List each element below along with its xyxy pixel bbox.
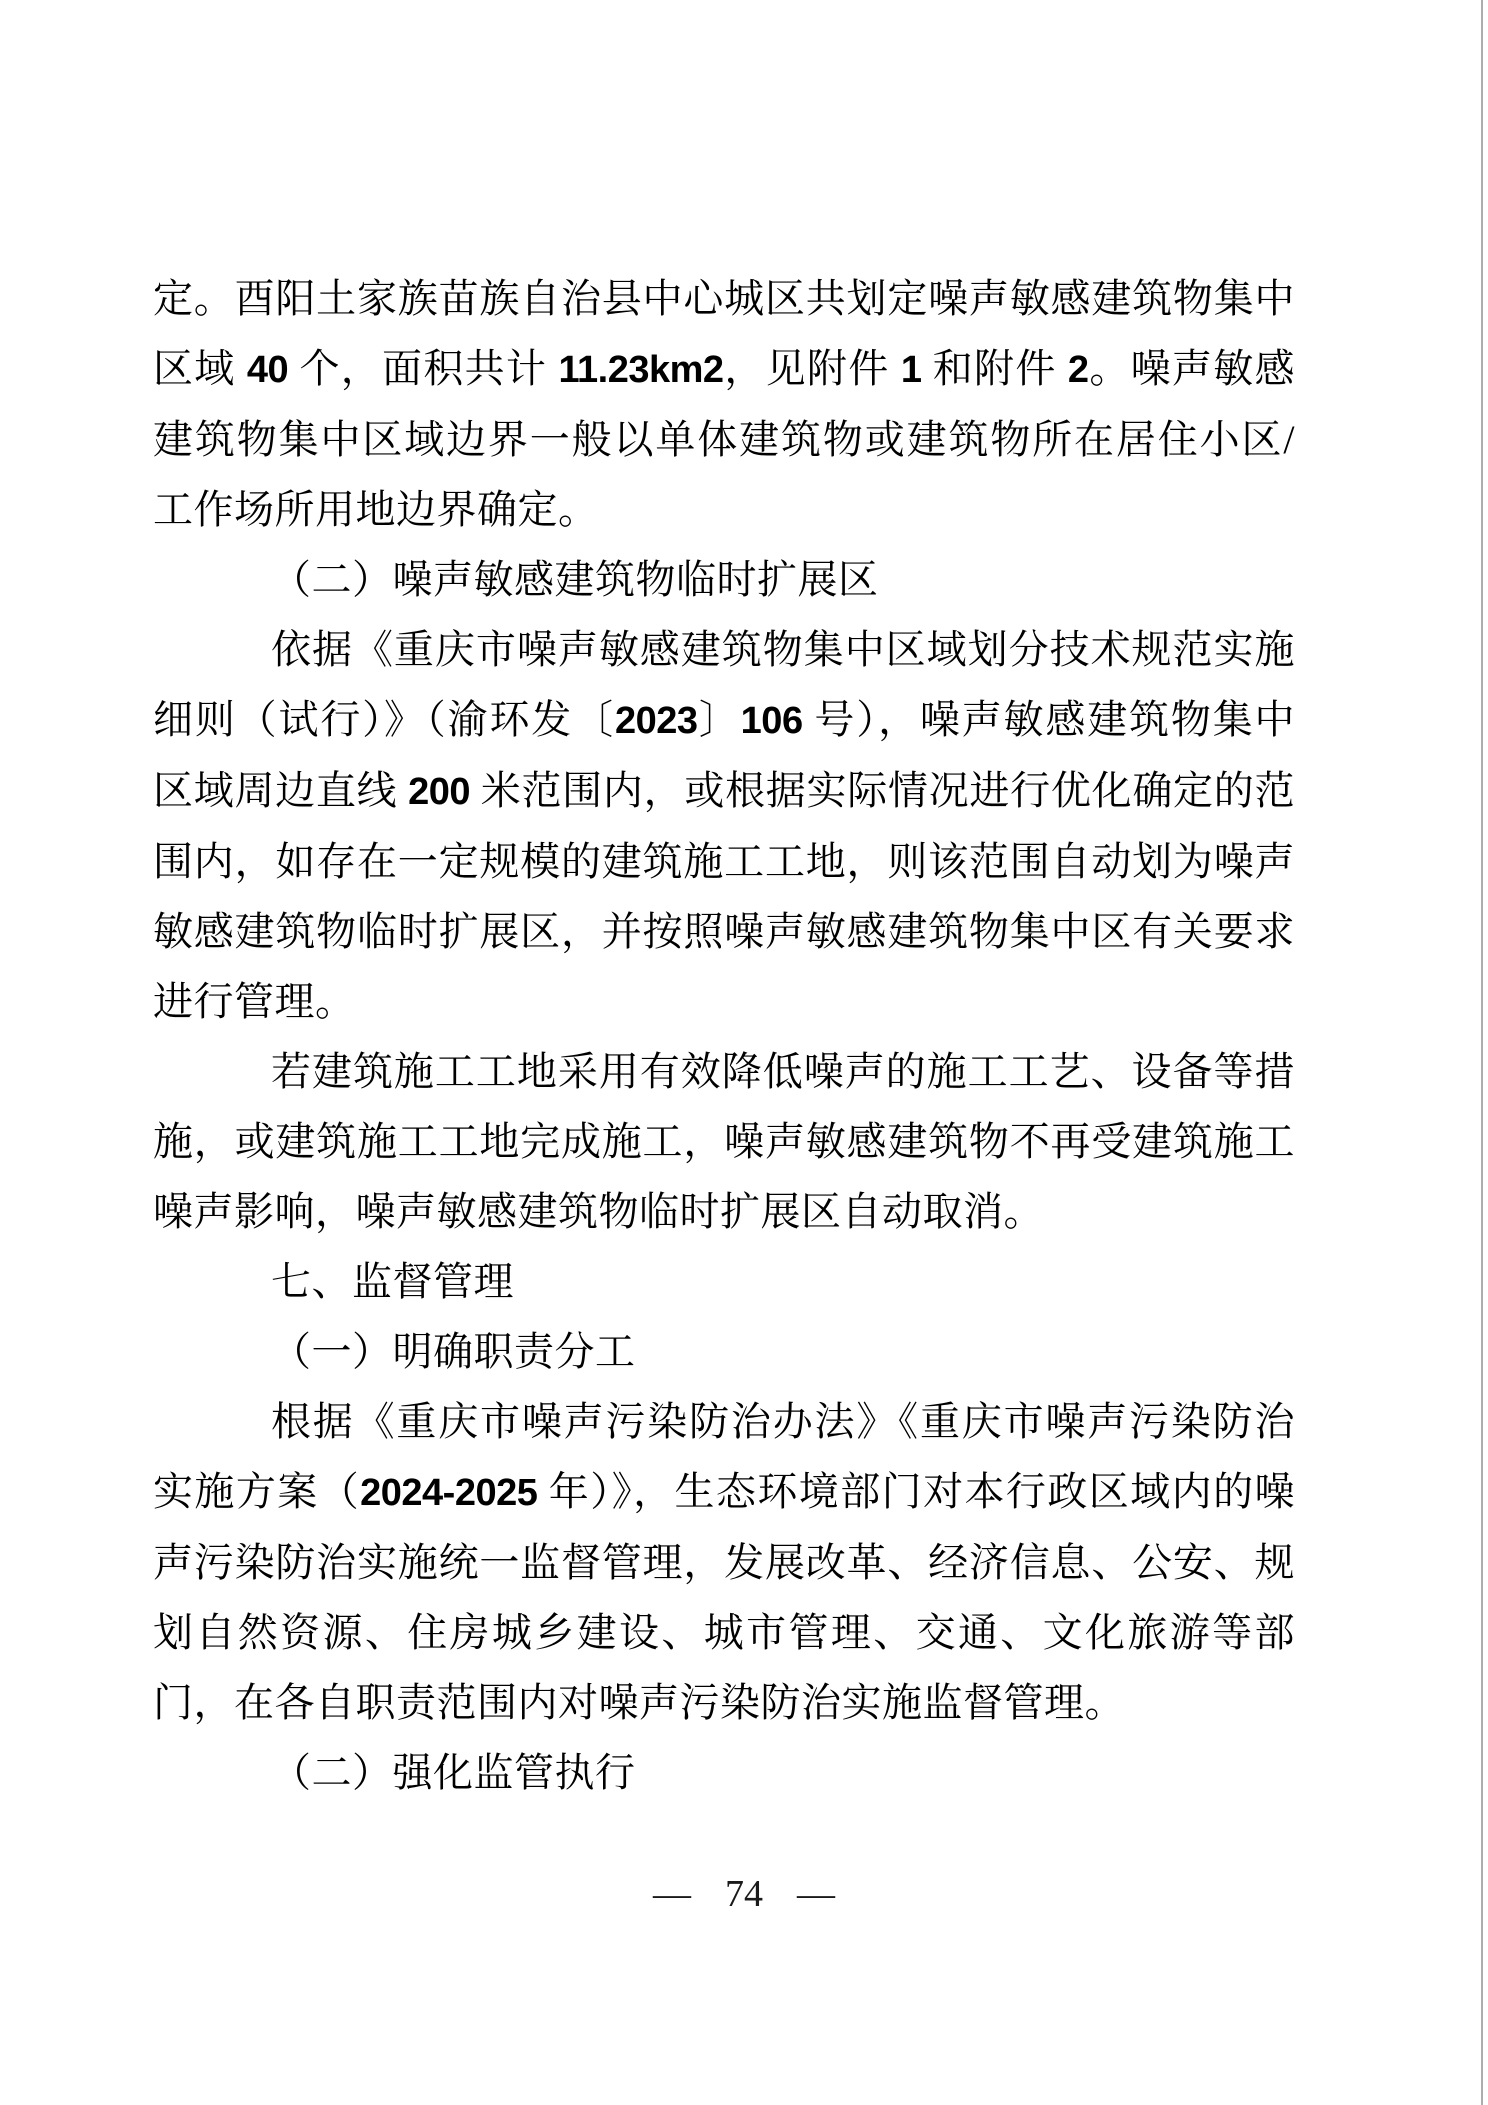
number-run: 2 xyxy=(1068,349,1089,391)
paragraph-duty-division: 根据《重庆市噪声污染防治办法》《重庆市噪声污染防治实施方案（2024-2025 … xyxy=(153,1387,1295,1738)
page-footer: —74— xyxy=(0,1872,1488,1916)
text-run: 〕 xyxy=(698,697,741,742)
number-run: 2024-2025 xyxy=(360,1472,537,1514)
number-run: 11.23km2 xyxy=(559,349,724,391)
number-run: 1 xyxy=(901,349,922,391)
paragraph-continuation: 定。酉阳土家族苗族自治县中心城区共划定噪声敏感建筑物集中区域 40 个，面积共计… xyxy=(153,264,1295,545)
text-run: 个，面积共计 xyxy=(288,346,558,391)
document-page: 定。酉阳土家族苗族自治县中心城区共划定噪声敏感建筑物集中区域 40 个，面积共计… xyxy=(0,0,1488,2105)
text-run: 和附件 xyxy=(921,346,1067,391)
page-edge-line xyxy=(1481,0,1483,2105)
heading-item-1: （一）明确职责分工 xyxy=(153,1317,1295,1387)
number-run: 2023 xyxy=(615,700,698,742)
text-run: （二）噪声敏感建筑物临时扩展区 xyxy=(271,557,879,602)
page-number: 74 xyxy=(725,1873,763,1915)
heading-item-2: （二）噪声敏感建筑物临时扩展区 xyxy=(153,545,1295,615)
paragraph-basis: 依据《重庆市噪声敏感建筑物集中区域划分技术规范实施细则（试行）》（渝环发〔202… xyxy=(153,615,1295,1037)
heading-item-2b: （二）强化监管执行 xyxy=(153,1738,1295,1808)
document-body: 定。酉阳土家族苗族自治县中心城区共划定噪声敏感建筑物集中区域 40 个，面积共计… xyxy=(153,264,1295,1808)
text-run: ，见附件 xyxy=(724,346,901,391)
number-run: 106 xyxy=(741,700,803,742)
text-run: （一）明确职责分工 xyxy=(271,1329,636,1374)
number-run: 40 xyxy=(247,349,288,391)
text-run: 若建筑施工工地采用有效降低噪声的施工工艺、设备等措施，或建筑施工工地完成施工，噪… xyxy=(153,1049,1295,1234)
footer-dash-left: — xyxy=(653,1873,691,1915)
heading-section-7: 七、监督管理 xyxy=(153,1247,1295,1317)
number-run: 200 xyxy=(408,771,470,813)
text-run: （二）强化监管执行 xyxy=(271,1750,636,1795)
paragraph-cancel-condition: 若建筑施工工地采用有效降低噪声的施工工艺、设备等措施，或建筑施工工地完成施工，噪… xyxy=(153,1037,1295,1247)
text-run: 七、监督管理 xyxy=(271,1259,514,1304)
footer-dash-right: — xyxy=(797,1873,835,1915)
